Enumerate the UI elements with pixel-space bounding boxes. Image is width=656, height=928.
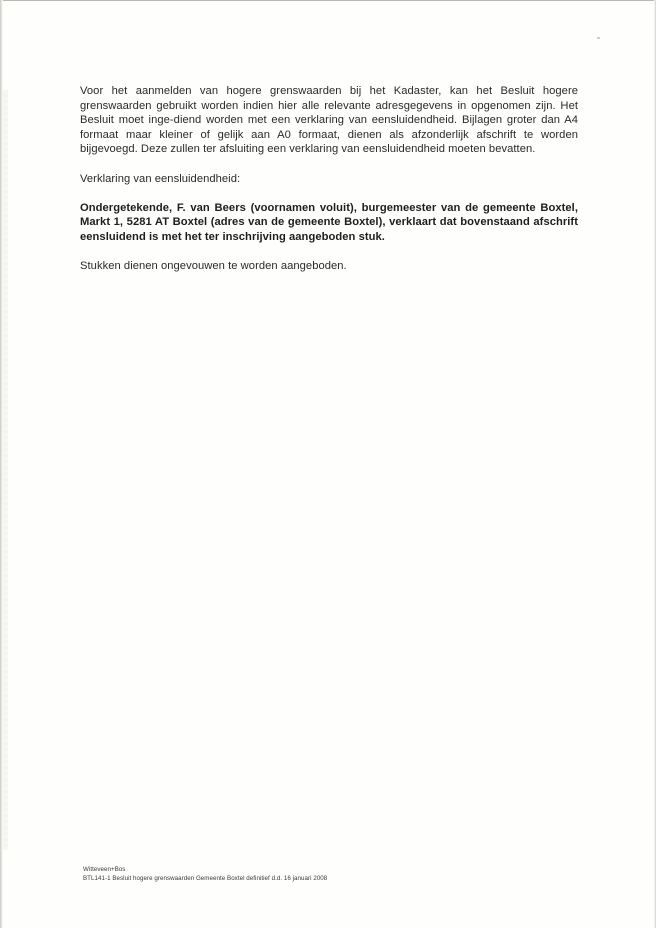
scanned-page: Voor het aanmelden van hogere grenswaard…: [0, 0, 656, 928]
document-body: Voor het aanmelden van hogere grenswaard…: [80, 84, 578, 288]
scan-shadow-left: [3, 90, 8, 850]
page-footer: Witteveen+Bos BTL141-1 Besluit hogere gr…: [83, 866, 327, 883]
paragraph-delivery-note: Stukken dienen ongevouwen te worden aang…: [80, 259, 578, 274]
footer-company: Witteveen+Bos: [83, 866, 327, 875]
scan-edge-top: [0, 0, 656, 1]
scan-speck: [597, 37, 600, 39]
paragraph-declaration-statement: Ondergetekende, F. van Beers (voornamen …: [80, 201, 578, 245]
paragraph-declaration-heading: Verklaring van eensluidendheid:: [80, 172, 578, 187]
paragraph-kadaster-instructions: Voor het aanmelden van hogere grenswaard…: [80, 84, 578, 157]
footer-reference: BTL141-1 Besluit hogere grenswaarden Gem…: [83, 875, 327, 884]
